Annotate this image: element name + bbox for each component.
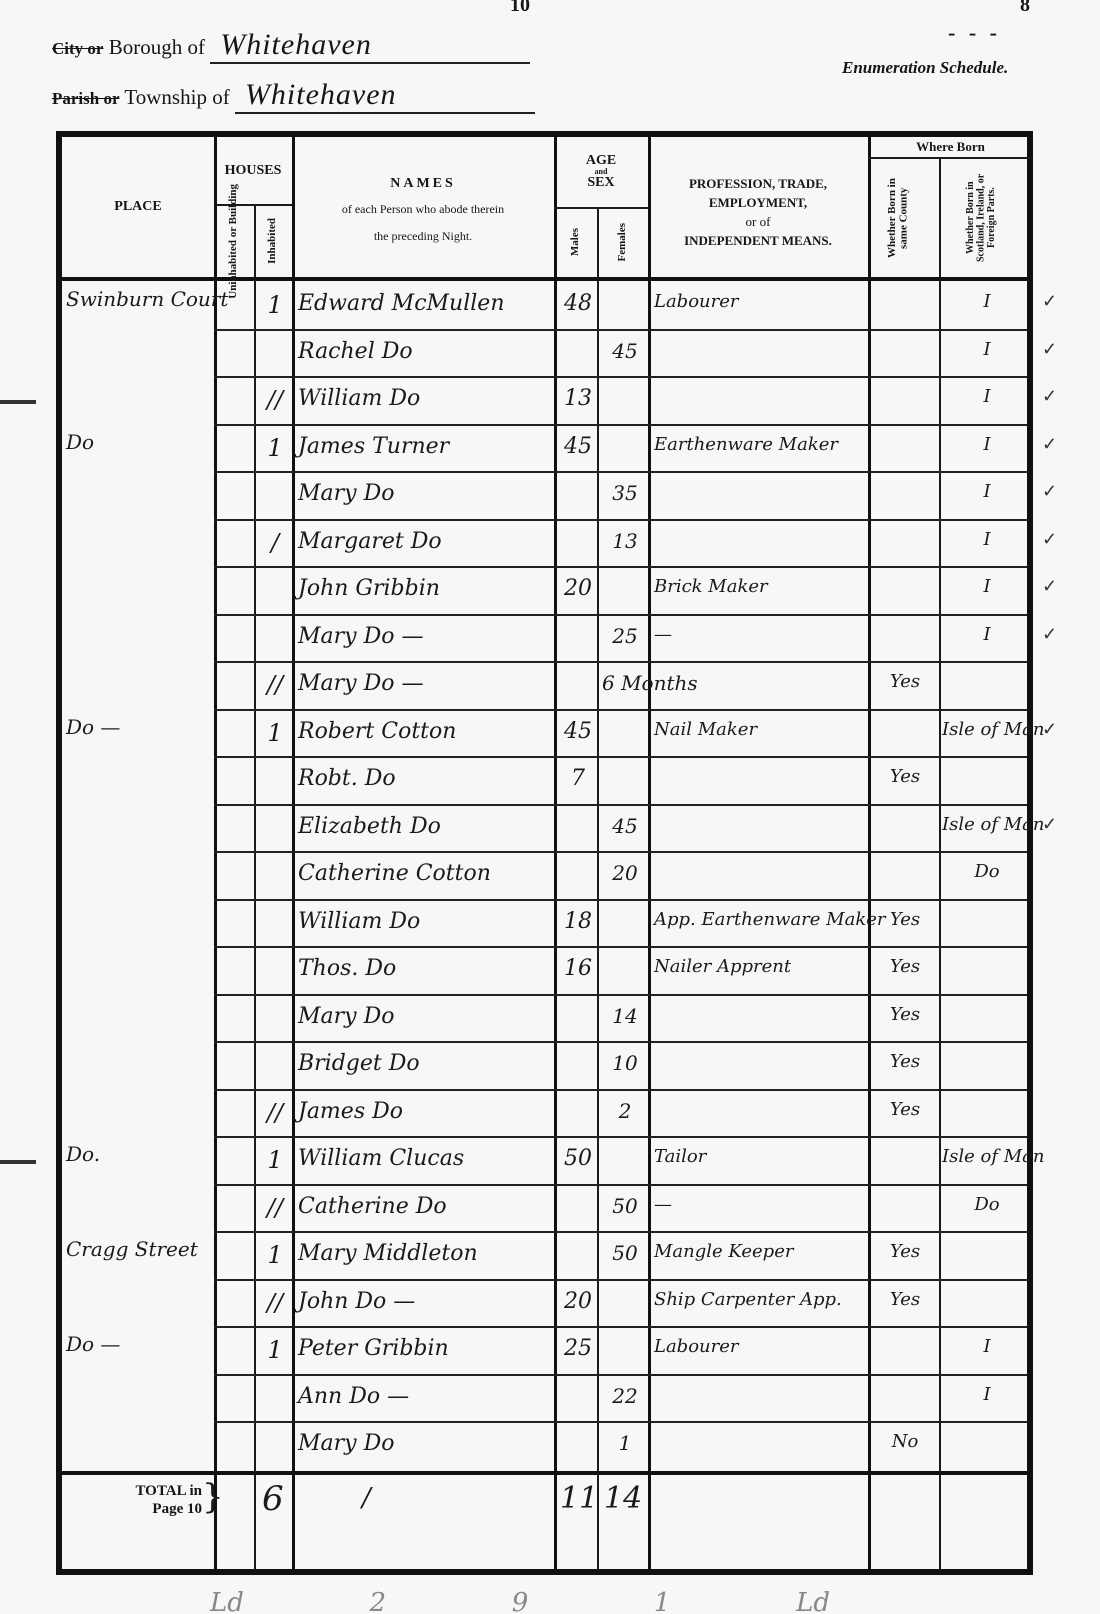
totals-inhabited: 6 [262,1479,284,1519]
row-county: Yes [872,1241,938,1262]
row-profession: Brick Maker [654,576,866,597]
row-place: Do — [66,1332,212,1356]
row-female: 22 [602,1384,648,1408]
row-inhabited: // [258,1099,292,1127]
checkmark-icon: ✓ [1042,576,1057,597]
col-names-title: NAMES [390,176,456,192]
col-names: NAMES of each Person who abode therein t… [292,155,554,265]
margin-mark [0,1160,36,1164]
row-inhabited: 1 [258,719,292,747]
row-divider [214,756,1027,758]
row-divider [214,1374,1027,1376]
row-name: Robt. Do [298,766,552,791]
row-name: Thos. Do [298,956,552,981]
col-males: Males [570,228,582,256]
row-divider [214,1136,1027,1138]
footer-note: Ld [210,1588,244,1614]
row-divider [214,614,1027,616]
row-foreign: I [942,481,1032,502]
row-name: Mary Do [298,1004,552,1029]
col-names-sub1: of each Person who abode therein [342,202,504,217]
row-divider [214,1421,1027,1423]
row-divider [214,519,1027,521]
row-male: 48 [558,291,598,316]
row-name: William Clucas [298,1146,552,1171]
page-number-left: 10 [510,0,530,17]
row-profession: Mangle Keeper [654,1241,866,1262]
row-female: 20 [602,861,648,885]
row-inhabited: 1 [258,291,292,319]
row-foreign: I [942,291,1032,312]
row-profession: Labourer [654,1336,866,1357]
row-divider [214,994,1027,996]
totals-label-1: TOTAL in [82,1482,202,1500]
row-divider [214,804,1027,806]
col-profession: PROFESSION, TRADE, EMPLOYMENT, or of IND… [648,161,868,265]
row-name: Catherine Cotton [298,861,552,886]
col-foreign: Whether Born in Scotland, Ireland, or Fo… [966,168,1006,268]
col-uninhabited: Uninhabited or Building [228,184,240,299]
col-same-county: Whether Born in same County [887,168,921,268]
row-divider [214,1279,1027,1281]
row-divider [214,1231,1027,1233]
row-county: Yes [872,671,938,692]
row-foreign: Do [942,1194,1032,1215]
row-inhabited: // [258,386,292,414]
row-foreign: I [942,624,1032,645]
checkmark-icon: ✓ [1042,481,1057,502]
col-age-title: AGE [586,154,616,168]
row-divider [214,376,1027,378]
row-male: 16 [558,956,598,981]
row-name: James Do [298,1099,552,1124]
row-county: Yes [872,766,938,787]
row-divider [214,709,1027,711]
row-name: Edward McMullen [298,291,552,316]
row-divider [214,329,1027,331]
row-profession: Tailor [654,1146,866,1167]
row-place: Swinburn Court [66,287,212,311]
row-female: 50 [602,1194,648,1218]
row-female: 25 [602,624,648,648]
row-female: 45 [602,814,648,838]
borough-value: Whitehaven [210,28,530,64]
row-county: Yes [872,1004,938,1025]
row-male: 20 [558,1289,598,1314]
row-female: 45 [602,339,648,363]
row-profession: App. Earthenware Maker [654,909,866,930]
row-inhabited: / [258,529,292,557]
row-divider [214,1184,1027,1186]
footer-notes: Ld291Ld [210,1588,830,1614]
row-name: William Do [298,386,552,411]
row-male: 13 [558,386,598,411]
checkmark-icon: ✓ [1042,719,1057,740]
row-name: John Gribbin [298,576,552,601]
row-profession: — [654,1194,866,1215]
row-foreign: Isle of Man [942,814,1032,835]
footer-note: 2 [370,1588,387,1614]
row-female: 50 [602,1241,648,1265]
col-females: Females [617,223,629,261]
row-name: Bridget Do [298,1051,552,1076]
row-foreign: I [942,1336,1032,1357]
row-name: Mary Do [298,1431,552,1456]
footer-note: Ld [796,1588,830,1614]
row-profession: — [654,624,866,645]
row-place: Do — [66,715,212,739]
row-name: James Turner [298,434,552,459]
col-names-sub2: the preceding Night. [374,229,472,244]
row-inhabited: 1 [258,1336,292,1364]
row-name: Rachel Do [298,339,552,364]
row-foreign: I [942,434,1032,455]
col-houses: HOUSES [214,143,292,199]
row-foreign: I [942,529,1032,550]
footer-note: 9 [512,1588,529,1614]
row-divider [214,661,1027,663]
footer-note: 1 [654,1588,671,1614]
totals-label: TOTAL in Page 10 [82,1482,202,1518]
row-divider [214,1041,1027,1043]
row-male: 7 [558,766,598,791]
col-where-born: Where Born [868,137,1033,157]
row-foreign: I [942,339,1032,360]
row-male: 45 [558,719,598,744]
row-foreign: Isle of Man [942,719,1032,740]
row-profession: Nailer Apprent [654,956,866,977]
checkmark-icon: ✓ [1042,339,1057,360]
row-foreign: I [942,386,1032,407]
row-county: Yes [872,1051,938,1072]
row-county: Yes [872,956,938,977]
row-name: Peter Gribbin [298,1336,552,1361]
row-inhabited: 1 [258,1241,292,1269]
row-name: John Do — [298,1289,552,1314]
row-female: 1 [602,1431,648,1455]
row-inhabited: 1 [258,434,292,462]
borough-line: City or Borough of Whitehaven [52,28,530,64]
row-name: Mary Do — [298,624,552,649]
row-profession: Nail Maker [654,719,866,740]
totals-names-mark: / [362,1483,371,1513]
row-name: Elizabeth Do [298,814,552,839]
row-female: 14 [602,1004,648,1028]
row-name: Catherine Do [298,1194,552,1219]
row-inhabited: // [258,671,292,699]
totals-males: 11 [560,1481,598,1516]
row-name: Ann Do — [298,1384,552,1409]
row-name: Robert Cotton [298,719,552,744]
checkmark-icon: ✓ [1042,529,1057,550]
row-male: 45 [558,434,598,459]
row-female: 2 [602,1099,648,1123]
row-female: 6 Months [602,671,648,695]
checkmark-icon: ✓ [1042,291,1057,312]
schedule-title: Enumeration Schedule. [842,58,1008,78]
township-struck-label: Parish or [52,89,120,108]
row-divider [214,899,1027,901]
borough-struck-label: City or [52,39,103,58]
township-value: Whitehaven [235,78,535,114]
col-profession-1: PROFESSION, TRADE, [689,175,827,194]
row-county: Yes [872,1289,938,1310]
row-name: William Do [298,909,552,934]
row-name: Mary Do [298,481,552,506]
totals-females: 14 [604,1481,642,1516]
checkmark-icon: ✓ [1042,434,1057,455]
row-foreign: I [942,576,1032,597]
col-profession-2: EMPLOYMENT, [709,194,807,213]
row-profession: Labourer [654,291,866,312]
row-divider [214,566,1027,568]
row-place: Cragg Street [66,1237,212,1261]
row-female: 13 [602,529,648,553]
township-line: Parish or Township of Whitehaven [52,78,535,114]
totals-brace: } [202,1477,224,1517]
row-male: 50 [558,1146,598,1171]
checkmark-icon: ✓ [1042,386,1057,407]
row-name: Mary Middleton [298,1241,552,1266]
row-divider [214,424,1027,426]
row-divider [214,1089,1027,1091]
row-divider [214,471,1027,473]
checkmark-icon: ✓ [1042,624,1057,645]
row-foreign: I [942,1384,1032,1405]
row-foreign: Isle of Man [942,1146,1032,1167]
row-female: 35 [602,481,648,505]
totals-label-2: Page 10 [82,1500,202,1518]
checkmark-icon: ✓ [1042,814,1057,835]
row-place: Do. [66,1142,212,1166]
row-inhabited: 1 [258,1146,292,1174]
col-inhabited: Inhabited [267,218,279,264]
row-female: 10 [602,1051,648,1075]
row-male: 20 [558,576,598,601]
row-divider [214,1326,1027,1328]
row-place: Do [66,430,212,454]
row-foreign: Do [942,861,1032,882]
row-inhabited: // [258,1289,292,1317]
borough-label: Borough of [109,35,205,59]
row-county: Yes [872,909,938,930]
row-county: No [872,1431,938,1452]
row-inhabited: // [258,1194,292,1222]
row-county: Yes [872,1099,938,1120]
row-male: 18 [558,909,598,934]
col-age-sex: AGE and SEX [554,141,648,203]
census-table: PLACE HOUSES Uninhabited or Building Inh… [56,131,1033,1575]
row-name: Margaret Do [298,529,552,554]
col-profession-3: or of [746,213,771,232]
col-profession-4: INDEPENDENT MEANS. [684,232,832,251]
page-number-right: 8 [1020,0,1030,17]
row-male: 25 [558,1336,598,1361]
row-divider [214,851,1027,853]
row-name: Mary Do — [298,671,552,696]
margin-mark [0,400,36,404]
row-divider [214,946,1027,948]
township-label: Township of [124,85,229,109]
col-place: PLACE [62,137,214,277]
col-age-sex-label: SEX [587,176,614,190]
row-profession: Earthenware Maker [654,434,866,455]
header-dashes: - - - [948,20,1001,46]
row-profession: Ship Carpenter App. [654,1289,866,1310]
